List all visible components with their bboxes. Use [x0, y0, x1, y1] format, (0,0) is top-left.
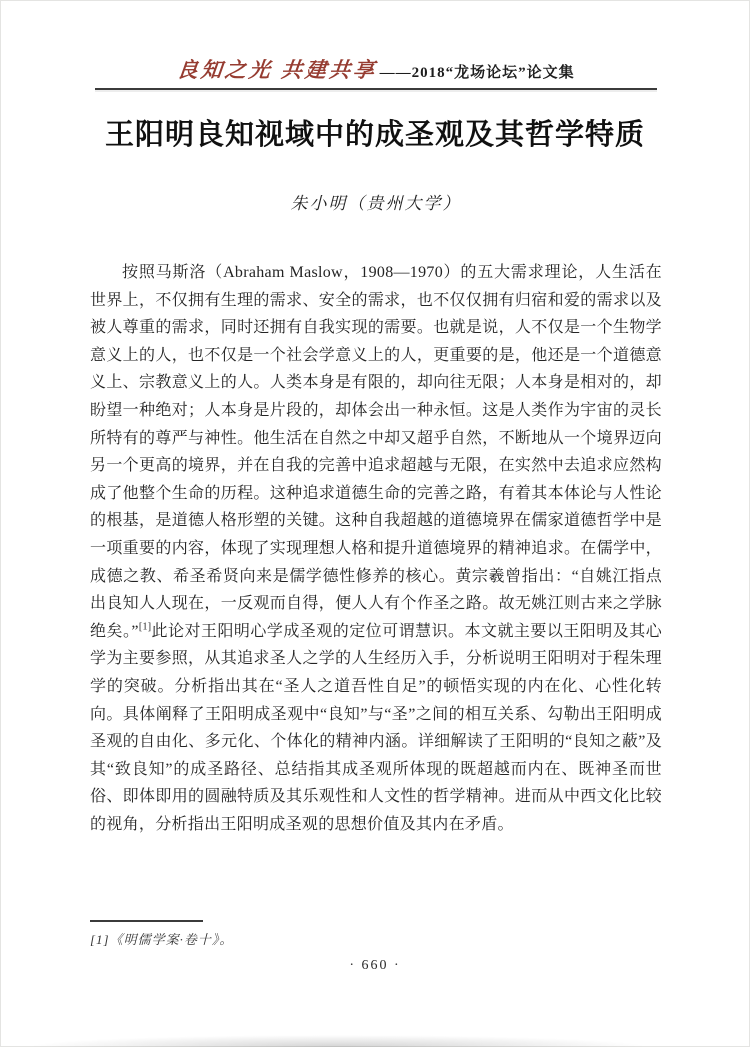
- abstract-paragraph: 按照马斯洛（Abraham Maslow，1908—1970）的五大需求理论，人…: [90, 259, 662, 838]
- abstract-text-part1: 按照马斯洛（Abraham Maslow，1908—1970）的五大需求理论，人…: [90, 264, 662, 640]
- page-header: 良知之光 共建共享 ——2018“龙场论坛”论文集: [90, 54, 662, 84]
- page-number: · 660 ·: [0, 958, 750, 974]
- abstract-text-part2: 此论对王阳明心学成圣观的定位可谓慧识。本文就主要以王阳明及其心学为主要参照，从其…: [90, 623, 662, 833]
- document-page: 良知之光 共建共享 ——2018“龙场论坛”论文集 王阳明良知视域中的成圣观及其…: [0, 0, 750, 1047]
- article-title: 王阳明良知视域中的成圣观及其哲学特质: [75, 112, 675, 153]
- footnote-text: [1]《明儒学案·卷十》。: [90, 929, 662, 948]
- header-rule: [95, 88, 657, 90]
- scan-shadow: [0, 1031, 750, 1047]
- header-proceedings-title: ——2018“龙场论坛”论文集: [380, 61, 575, 82]
- footnote-divider: [90, 920, 203, 922]
- header-slogan-calligraphy: 良知之光 共建共享: [176, 54, 379, 84]
- footnote-area: [1]《明儒学案·卷十》。: [90, 920, 662, 948]
- author-affiliation: 朱小明（贵州大学）: [90, 189, 662, 214]
- footnote-ref-marker: [1]: [139, 621, 152, 632]
